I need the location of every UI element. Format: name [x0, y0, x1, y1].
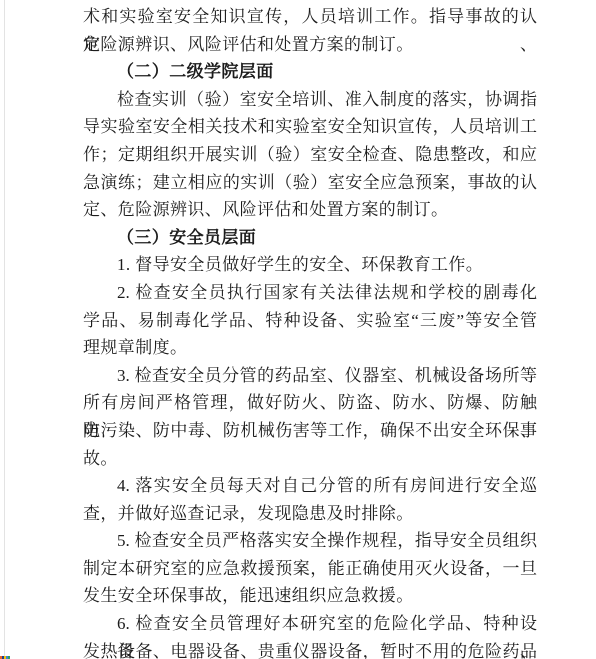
text-line: 5. 检查安全员严格落实安全操作规程，指导安全员组织	[83, 527, 537, 555]
text-line: 术和实验室安全知识宣传，人员培训工作。指导事故的认定、	[83, 3, 537, 31]
text-line: 发生安全环保事故，能迅速组织应急救援。	[83, 582, 537, 610]
text-line: 导实验室安全相关技术和实验室安全知识宣传，人员培训工	[83, 113, 537, 141]
text-line: 防污染、防中毒、防机械伤害等工作，确保不出安全环保事	[83, 417, 537, 445]
text-line: 查，并做好巡查记录，发现隐患及时排除。	[83, 500, 537, 528]
heading-line: （二）二级学院层面	[83, 58, 537, 86]
text-line: 3. 检查安全员分管的药品室、仪器室、机械设备场所等	[83, 362, 537, 390]
text-line: 6. 检查安全员管理好本研究室的危险化学品、特种设备、	[83, 610, 537, 638]
heading-line: （三）安全员层面	[83, 224, 537, 252]
text-line: 故。	[83, 445, 537, 473]
text-line: 作；定期组织开展实训（验）室安全检查、隐患整改，和应	[83, 141, 537, 169]
text-line: 定、危险源辨识、风险评估和处置方案的制订。	[83, 196, 537, 224]
text-line: 2. 检查安全员执行国家有关法律法规和学校的剧毒化	[83, 279, 537, 307]
text-line: 理规章制度。	[83, 334, 537, 362]
page-left-border-line	[4, 0, 5, 659]
text-line: 学品、易制毒化学品、特种设备、实验室“三废”等安全管	[83, 307, 537, 335]
document-body: 术和实验室安全知识宣传，人员培训工作。指导事故的认定、危险源辨识、风险评估和处置…	[83, 3, 537, 659]
text-line: 发热设备、电器设备、贵重仪器设备，暂时不用的危险药品	[83, 638, 537, 659]
text-line: 1. 督导安全员做好学生的安全、环保教育工作。	[83, 251, 537, 279]
text-line: 所有房间严格管理，做好防火、防盗、防水、防爆、防触电、	[83, 389, 537, 417]
text-line: 检查实训（验）室安全培训、准入制度的落实，协调指	[83, 86, 537, 114]
text-line: 4. 落实安全员每天对自己分管的所有房间进行安全巡	[83, 472, 537, 500]
text-line: 急演练；建立相应的实训（验）室安全应急预案，事故的认	[83, 169, 537, 197]
text-line: 制定本研究室的应急救援预案，能正确使用灭火设备，一旦	[83, 555, 537, 583]
document-page: 术和实验室安全知识宣传，人员培训工作。指导事故的认定、危险源辨识、风险评估和处置…	[0, 0, 596, 659]
